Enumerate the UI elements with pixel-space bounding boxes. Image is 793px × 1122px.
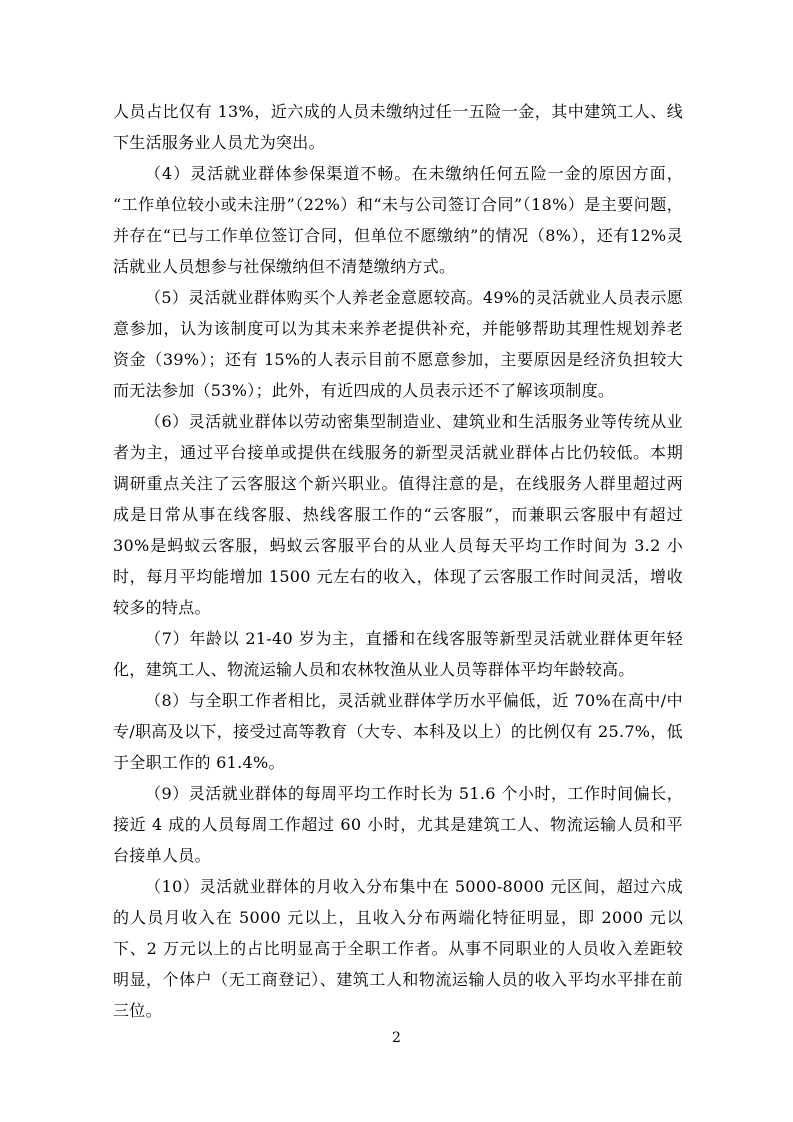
paragraph: （7）年龄以 21-40 岁为主，直播和在线客服等新型灵活就业群体更年轻化，建筑… bbox=[113, 623, 683, 685]
paragraph: （8）与全职工作者相比，灵活就业群体学历水平偏低，近 70%在高中/中专/职高及… bbox=[113, 685, 683, 778]
paragraph: （5）灵活就业群体购买个人养老金意愿较高。49%的灵活就业人员表示愿意参加，认为… bbox=[113, 282, 683, 406]
paragraph: 人员占比仅有 13%，近六成的人员未缴纳过任一五险一金，其中建筑工人、线下生活服… bbox=[113, 96, 683, 158]
paragraph: （4）灵活就业群体参保渠道不畅。在未缴纳任何五险一金的原因方面，“工作单位较小或… bbox=[113, 158, 683, 282]
document-body: 人员占比仅有 13%，近六成的人员未缴纳过任一五险一金，其中建筑工人、线下生活服… bbox=[113, 96, 683, 1026]
paragraph: （10）灵活就业群体的月收入分布集中在 5000-8000 元区间，超过六成的人… bbox=[113, 871, 683, 1026]
paragraph: （9）灵活就业群体的每周平均工作时长为 51.6 个小时，工作时间偏长，接近 4… bbox=[113, 778, 683, 871]
page-number: 2 bbox=[0, 1030, 793, 1046]
document-page: 人员占比仅有 13%，近六成的人员未缴纳过任一五险一金，其中建筑工人、线下生活服… bbox=[0, 0, 793, 1122]
paragraph: （6）灵活就业群体以劳动密集型制造业、建筑业和生活服务业等传统从业者为主，通过平… bbox=[113, 406, 683, 623]
